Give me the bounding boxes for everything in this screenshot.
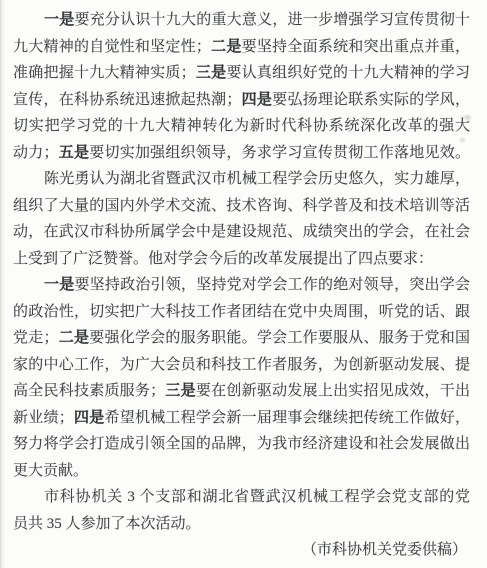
text-segment: 动力； xyxy=(13,145,58,161)
ordinal-marker-text: 四是 xyxy=(241,92,272,108)
text-segment: 要强化学会的服务职能。学会工作要服从、服务于党和国 xyxy=(89,330,470,346)
text-segment: 准确把握十九大精神实质； xyxy=(13,65,196,81)
text-segment: 要切实加强组织领导，务求学习宣传贯彻工作落地见效。 xyxy=(89,145,470,161)
text-segment: 员共 35 人参加了本次活动。 xyxy=(13,516,201,532)
scanned-document-page: 一是要充分认识十九大的重大意义，进一步增强学习宣传贯彻十九大精神的自觉性和坚定性… xyxy=(0,0,487,568)
ordinal-marker-text: 五是 xyxy=(58,145,89,161)
text-segment: 市科协机关 3 个支部和湖北省暨武汉机械工程学会党支部的党 xyxy=(44,489,470,505)
ordinal-marker-text: 三是 xyxy=(196,65,227,81)
document-line: 更大贡献。 xyxy=(13,458,470,485)
ordinal-marker-text: 三是 xyxy=(165,383,196,399)
document-line: 家的中心工作，为广大会员和科技工作者服务，为创新驱动发展、提 xyxy=(13,352,470,379)
document-line: 新业绩；四是希望机械工程学会新一届理事会继续把传统工作做好， xyxy=(13,405,470,432)
document-body: 一是要充分认识十九大的重大意义，进一步增强学习宣传贯彻十九大精神的自觉性和坚定性… xyxy=(13,7,470,564)
text-segment: 新业绩； xyxy=(13,410,74,426)
document-line: 一是要充分认识十九大的重大意义，进一步增强学习宣传贯彻十 xyxy=(13,7,470,34)
text-segment: 组织了大量的国内外学术交流、技术咨询、科学普及和技术培训等活 xyxy=(13,198,470,214)
document-line: 上受到了广泛赞誉。他对学会今后的改革发展提出了四点要求： xyxy=(13,246,470,273)
document-line: （市科协机关党委供稿） xyxy=(13,537,470,564)
document-line: 九大精神的自觉性和坚定性；二是要坚持全面系统和突出重点并重， xyxy=(13,34,470,61)
text-segment: 的政治性，切实把广大科技工作者团结在党中央周围，听党的话、跟 xyxy=(13,304,470,320)
text-segment: 更大贡献。 xyxy=(13,463,88,479)
document-line: 动，在武汉市科协所属学会中是建设规范、成绩突出的学会，在社会 xyxy=(13,219,470,246)
text-segment: 要在创新驱动发展上出实招见成效，干出 xyxy=(196,383,470,399)
ordinal-marker-text: 二是 xyxy=(58,330,89,346)
ordinal-marker-text: 二是 xyxy=(211,39,242,55)
text-segment: 要坚持政治引领，坚持党对学会工作的绝对领导，突出学会 xyxy=(74,277,470,293)
text-segment: （市科协机关党委供稿） xyxy=(302,542,467,558)
document-line: 员共 35 人参加了本次活动。 xyxy=(13,511,470,538)
document-line: 的政治性，切实把广大科技工作者团结在党中央周围，听党的话、跟 xyxy=(13,299,470,326)
text-segment: 要认真组织好党的十九大精神的学习 xyxy=(226,65,470,81)
document-line: 准确把握十九大精神实质；三是要认真组织好党的十九大精神的学习 xyxy=(13,60,470,87)
text-segment: 党走； xyxy=(13,330,58,346)
text-segment: 要充分认识十九大的重大意义，进一步增强学习宣传贯彻十 xyxy=(74,12,470,28)
document-line: 努力将学会打造成引领全国的品牌，为我市经济建设和社会发展做出 xyxy=(13,431,470,458)
document-line: 市科协机关 3 个支部和湖北省暨武汉机械工程学会党支部的党 xyxy=(13,484,470,511)
document-line: 组织了大量的国内外学术交流、技术咨询、科学普及和技术培训等活 xyxy=(13,193,470,220)
document-line: 高全民科技素质服务；三是要在创新驱动发展上出实招见成效，干出 xyxy=(13,378,470,405)
text-segment: 高全民科技素质服务； xyxy=(13,383,165,399)
text-segment: 宣传，在科协系统迅速掀起热潮； xyxy=(13,92,241,108)
document-line: 陈光勇认为湖北省暨武汉市机械工程学会历史悠久，实力雄厚， xyxy=(13,166,470,193)
document-line: 切实把学习党的十九大精神转化为新时代科协系统深化改革的强大 xyxy=(13,113,470,140)
document-line: 动力；五是要切实加强组织领导，务求学习宣传贯彻工作落地见效。 xyxy=(13,140,470,167)
text-segment: 努力将学会打造成引领全国的品牌，为我市经济建设和社会发展做出 xyxy=(13,436,470,452)
ordinal-marker-text: 一是 xyxy=(44,12,74,28)
text-segment: 九大精神的自觉性和坚定性； xyxy=(13,39,211,55)
text-segment: 希望机械工程学会新一届理事会继续把传统工作做好， xyxy=(104,410,470,426)
document-line: 一是要坚持政治引领，坚持党对学会工作的绝对领导，突出学会 xyxy=(13,272,470,299)
text-segment: 要弘扬理论联系实际的学风， xyxy=(272,92,470,108)
document-line: 党走；二是要强化学会的服务职能。学会工作要服从、服务于党和国 xyxy=(13,325,470,352)
text-segment: 家的中心工作，为广大会员和科技工作者服务，为创新驱动发展、提 xyxy=(13,357,470,373)
text-segment: 上受到了广泛赞誉。他对学会今后的改革发展提出了四点要求： xyxy=(13,251,433,267)
text-segment: 要坚持全面系统和突出重点并重， xyxy=(242,39,470,55)
ordinal-marker-text: 一是 xyxy=(44,277,74,293)
document-line: 宣传，在科协系统迅速掀起热潮；四是要弘扬理论联系实际的学风， xyxy=(13,87,470,114)
text-segment: 陈光勇认为湖北省暨武汉市机械工程学会历史悠久，实力雄厚， xyxy=(44,171,470,187)
text-segment: 切实把学习党的十九大精神转化为新时代科协系统深化改革的强大 xyxy=(13,118,470,134)
ordinal-marker-text: 四是 xyxy=(74,410,105,426)
text-segment: 动，在武汉市科协所属学会中是建设规范、成绩突出的学会，在社会 xyxy=(13,224,470,240)
